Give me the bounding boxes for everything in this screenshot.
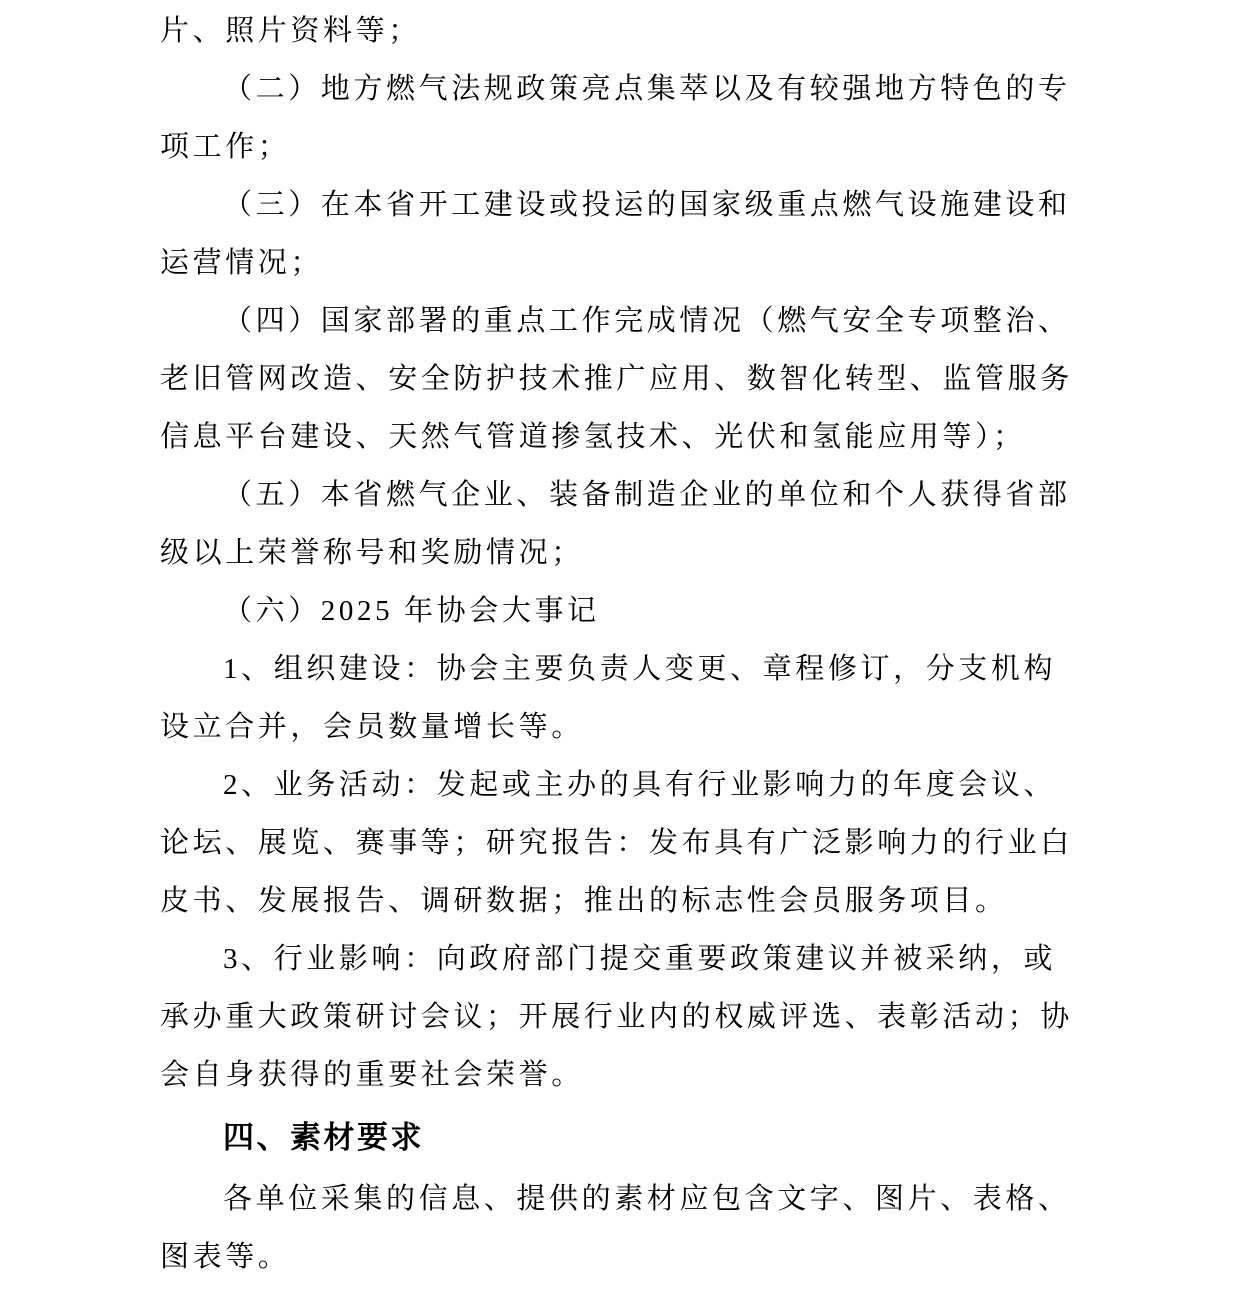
document-line: 片、照片资料等；: [160, 2, 1090, 60]
text-block: 片、照片资料等；（二）地方燃气法规政策亮点集萃以及有较强地方特色的专项工作；（三…: [160, 2, 1090, 1286]
document-line: （六）2025 年协会大事记: [160, 582, 1090, 640]
document-line: 信息平台建设、天然气管道掺氢技术、光伏和氢能应用等）；: [160, 408, 1090, 466]
document-page: 片、照片资料等；（二）地方燃气法规政策亮点集萃以及有较强地方特色的专项工作；（三…: [0, 0, 1241, 1305]
document-line: 级以上荣誉称号和奖励情况；: [160, 524, 1090, 582]
document-line: 项工作；: [160, 118, 1090, 176]
document-line: 1、组织建设：协会主要负责人变更、章程修订，分支机构: [160, 640, 1090, 698]
document-line: 图表等。: [160, 1228, 1090, 1286]
document-line: 2、业务活动：发起或主办的具有行业影响力的年度会议、: [160, 756, 1090, 814]
document-line: 老旧管网改造、安全防护技术推广应用、数智化转型、监管服务: [160, 350, 1090, 408]
document-line: （二）地方燃气法规政策亮点集萃以及有较强地方特色的专: [160, 60, 1090, 118]
document-line: （四）国家部署的重点工作完成情况（燃气安全专项整治、: [160, 292, 1090, 350]
document-line: 各单位采集的信息、提供的素材应包含文字、图片、表格、: [160, 1170, 1090, 1228]
document-line: 会自身获得的重要社会荣誉。: [160, 1046, 1090, 1104]
document-line: 皮书、发展报告、调研数据；推出的标志性会员服务项目。: [160, 872, 1090, 930]
document-line: 论坛、展览、赛事等；研究报告：发布具有广泛影响力的行业白: [160, 814, 1090, 872]
document-line: （三）在本省开工建设或投运的国家级重点燃气设施建设和: [160, 176, 1090, 234]
section-heading: 四、素材要求: [160, 1109, 1090, 1167]
document-line: （五）本省燃气企业、装备制造企业的单位和个人获得省部: [160, 466, 1090, 524]
document-line: 承办重大政策研讨会议；开展行业内的权威评选、表彰活动；协: [160, 988, 1090, 1046]
document-line: 设立合并，会员数量增长等。: [160, 698, 1090, 756]
document-line: 运营情况；: [160, 234, 1090, 292]
document-line: 3、行业影响：向政府部门提交重要政策建议并被采纳，或: [160, 930, 1090, 988]
